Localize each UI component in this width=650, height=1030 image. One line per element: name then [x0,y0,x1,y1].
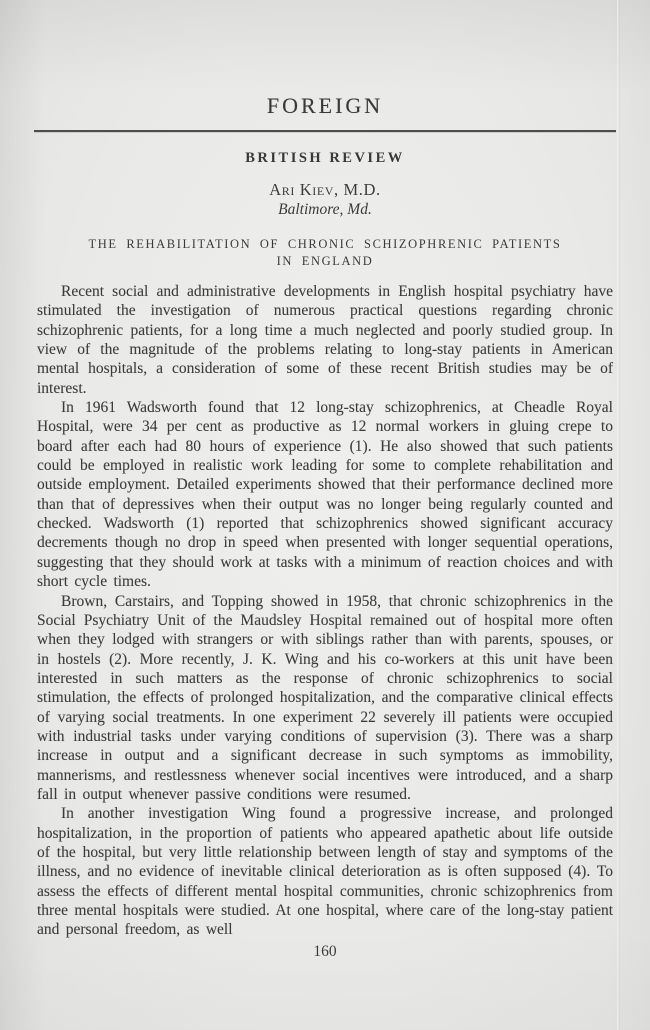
journal-page: FOREIGN BRITISH REVIEW Ari Kiev, M.D. Ba… [0,0,650,1030]
article-title: THE REHABILITATION OF CHRONIC SCHIZOPHRE… [0,236,650,270]
paragraph-4: In another investigation Wing found a pr… [37,804,613,939]
paragraph-1: Recent social and administrative develop… [37,282,613,398]
review-section-title: BRITISH REVIEW [0,150,650,167]
author-name: Ari Kiev, M.D. [0,180,650,200]
paragraph-3: Brown, Carstairs, and Topping showed in … [37,592,613,805]
running-head: FOREIGN [0,0,650,119]
article-title-line1: THE REHABILITATION OF CHRONIC SCHIZOPHRE… [0,236,650,253]
paragraph-2: In 1961 Wadsworth found that 12 long-sta… [37,398,613,591]
page-number: 160 [0,943,650,961]
header-rule [34,130,616,132]
author-location: Baltimore, Md. [0,201,650,219]
article-title-line2: IN ENGLAND [0,253,650,270]
article-body: Recent social and administrative develop… [37,282,613,940]
